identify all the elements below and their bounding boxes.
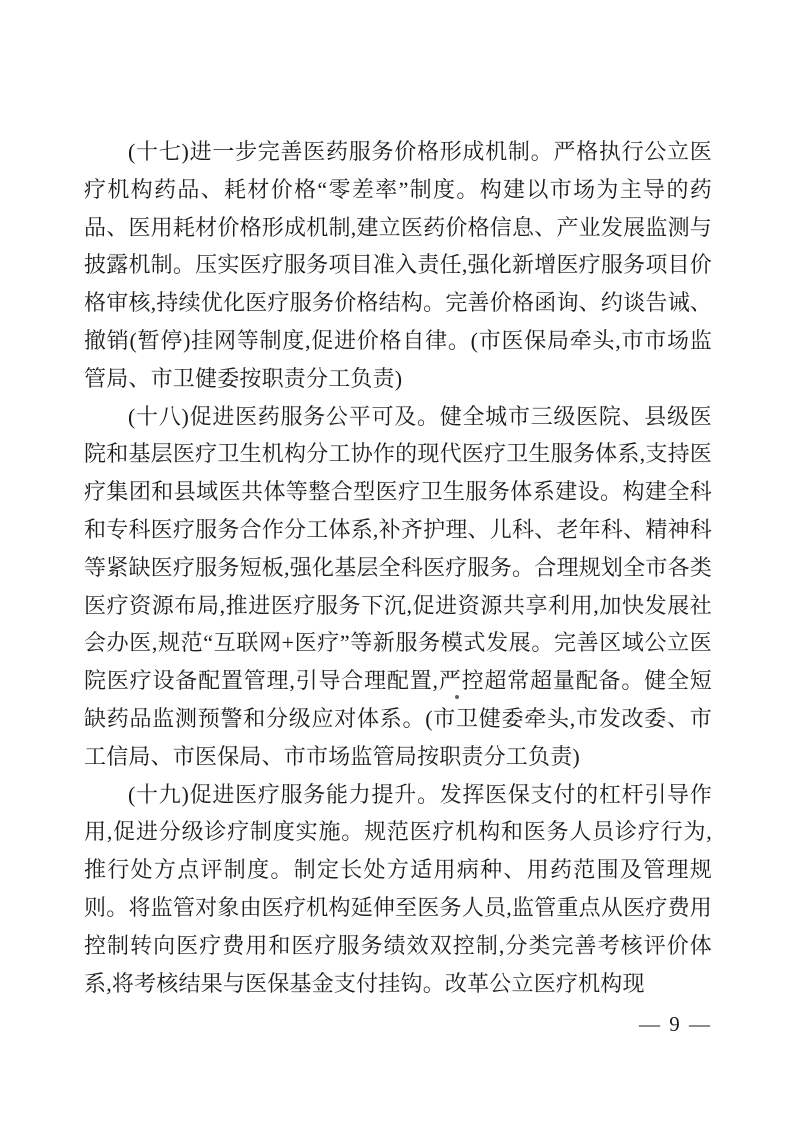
paragraph-item-18: (十八)促进医药服务公平可及。健全城市三级医院、县级医院和基层医疗卫生机构分工协… [84, 398, 712, 776]
document-page: (十七)进一步完善医药服务价格形成机制。严格执行公立医疗机构药品、耗材价格“零差… [0, 0, 793, 1121]
document-body: (十七)进一步完善医药服务价格形成机制。严格执行公立医疗机构药品、耗材价格“零差… [84, 133, 712, 1002]
page-number: — 9 — [84, 1012, 712, 1037]
paragraph-item-19: (十九)促进医疗服务能力提升。发挥医保支付的杠杆引导作用,促进分级诊疗制度实施。… [84, 776, 712, 1003]
paragraph-item-17: (十七)进一步完善医药服务价格形成机制。严格执行公立医疗机构药品、耗材价格“零差… [84, 133, 712, 398]
scan-artifact-dot [455, 695, 459, 699]
